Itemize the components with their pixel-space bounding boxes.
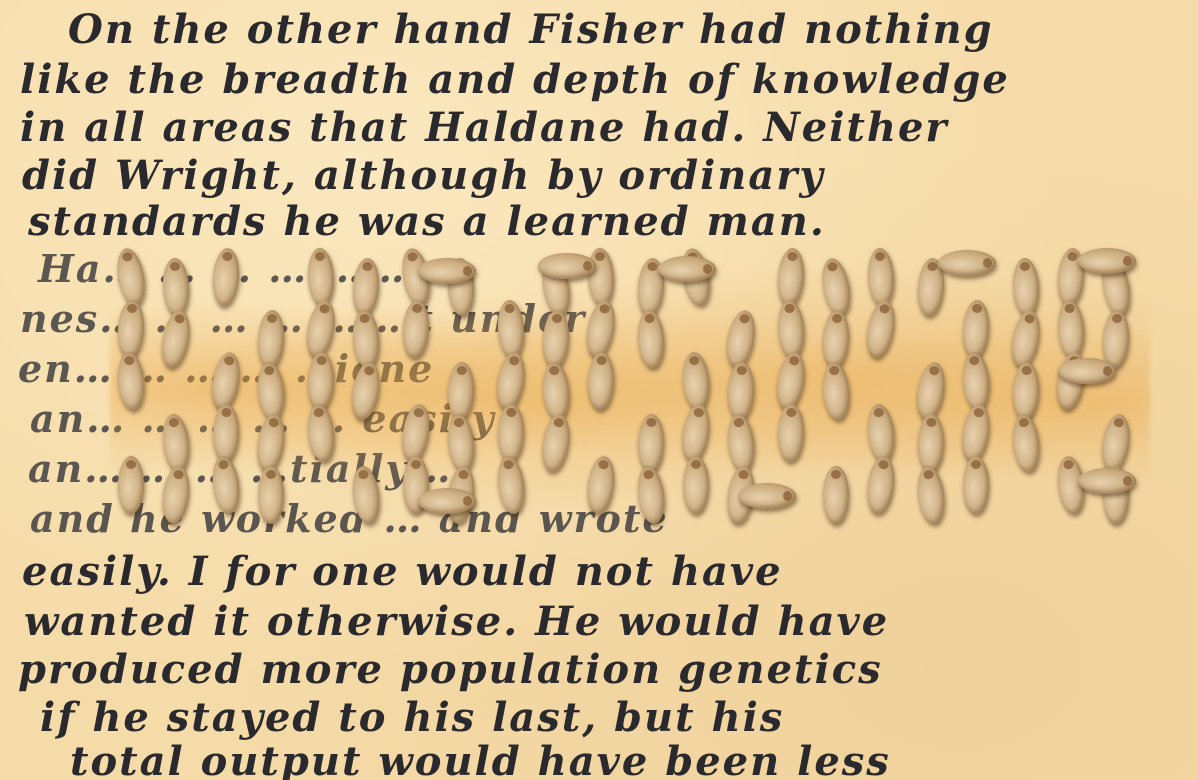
handwritten-line: produced more population genetics — [18, 646, 883, 693]
handwritten-line: if he stayed to his last, but his — [40, 694, 784, 741]
seed-grain — [418, 488, 476, 514]
seed-grain — [1078, 248, 1136, 274]
handwritten-line: easily. I for one would not have — [22, 548, 783, 595]
seed-grain — [738, 483, 796, 509]
handwritten-line: total output would have been less — [70, 738, 891, 780]
seed-grain — [258, 466, 284, 524]
handwritten-line: wanted it otherwise. He would have — [24, 598, 889, 645]
seed-grain — [118, 456, 144, 514]
seed-grain — [683, 456, 709, 514]
handwritten-line: like the breadth and depth of knowledge — [20, 56, 1010, 103]
seed-lettering — [118, 248, 1138, 523]
letter-paper: On the other hand Fisher had nothing lik… — [0, 0, 1198, 780]
seed-grain — [1058, 358, 1116, 384]
seed-grain — [1078, 468, 1136, 494]
handwritten-line: in all areas that Haldane had. Neither — [20, 104, 948, 151]
handwritten-line: did Wright, although by ordinary — [22, 152, 825, 199]
seed-grain — [538, 253, 596, 279]
seed-grain — [938, 250, 996, 276]
seed-grain — [418, 258, 476, 284]
seed-grain — [963, 456, 989, 514]
seed-grain — [658, 256, 716, 282]
handwritten-line: On the other hand Fisher had nothing — [68, 6, 994, 53]
seed-grain — [823, 466, 849, 524]
